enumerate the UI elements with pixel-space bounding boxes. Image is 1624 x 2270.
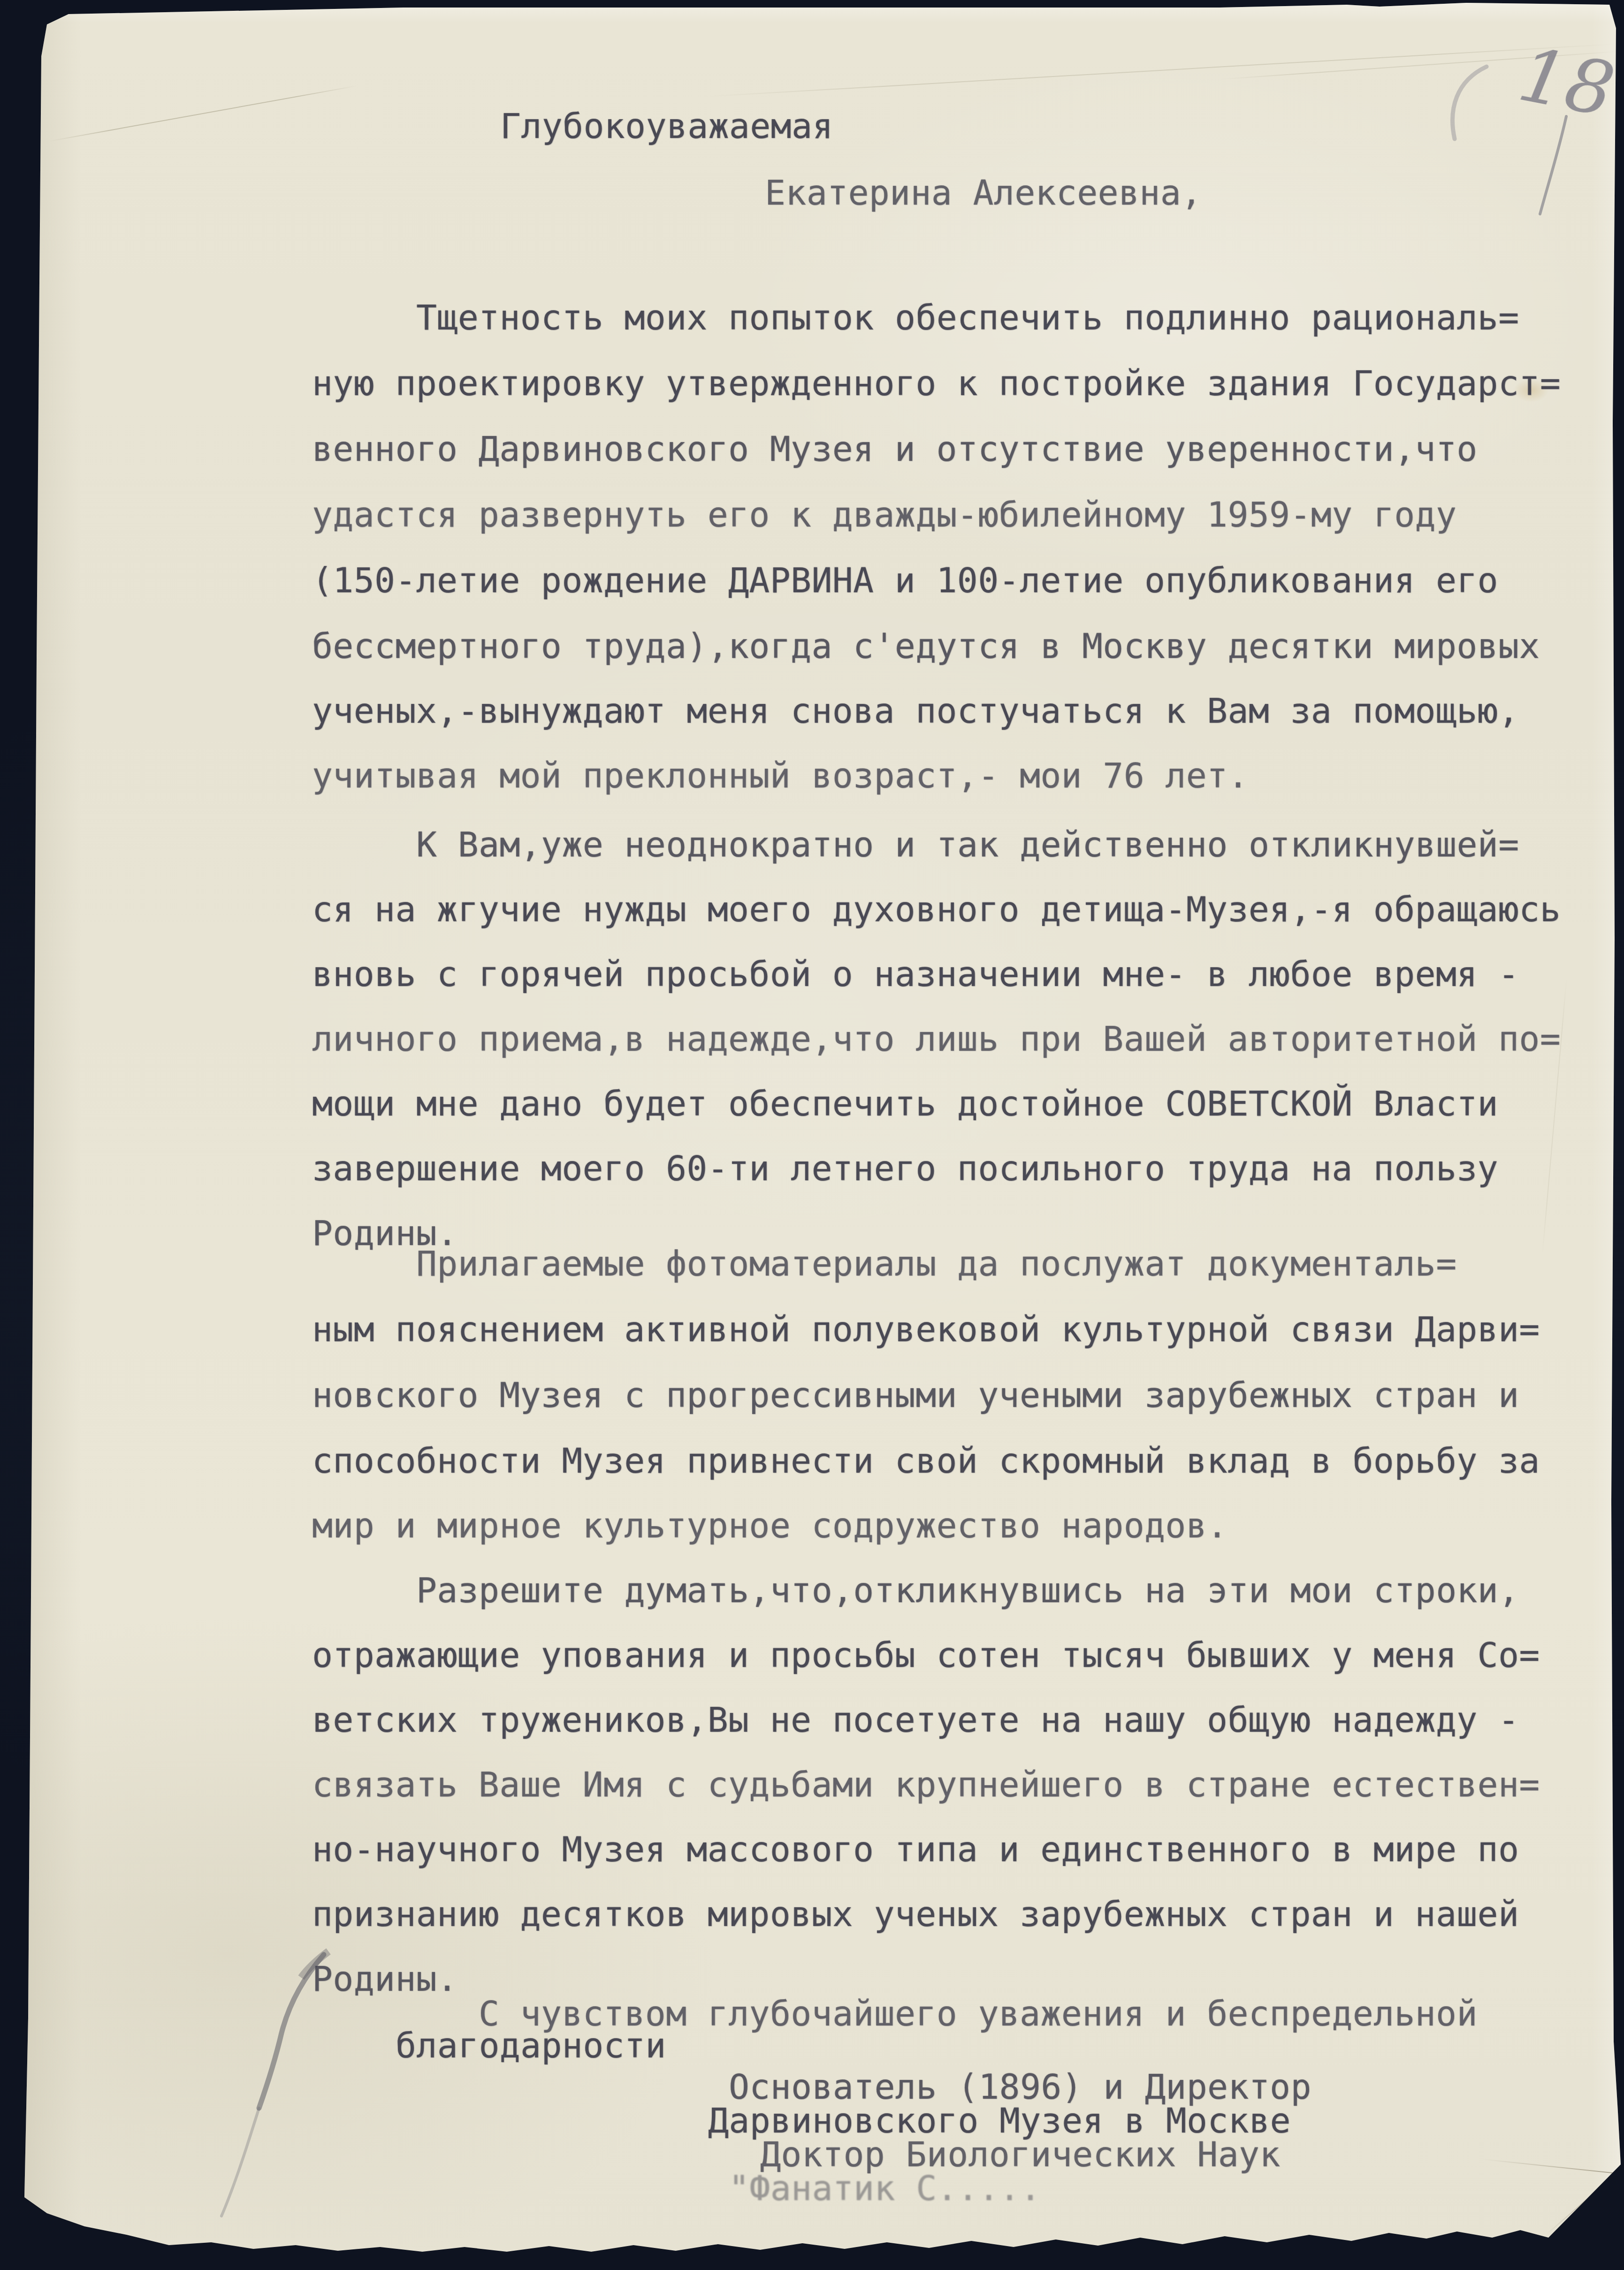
letter-line: мощи мне дано будет обеспечить достойное… [312, 1086, 1498, 1123]
letter-line: (150-летие рождение ДАРВИНА и 100-летие … [312, 563, 1498, 599]
letter-line: личного приема,в надежде,что лишь при Ва… [312, 1022, 1561, 1058]
letter-line: вновь с горячей просьбой о назначении мн… [312, 957, 1519, 993]
crease-mark [1545, 2172, 1618, 2235]
letter-line: связать Ваше Имя с судьбами крупнейшего … [312, 1767, 1540, 1804]
letter-line: завершение моего 60-ти летнего посильног… [312, 1151, 1498, 1187]
crease-mark [1483, 2159, 1620, 2174]
letter-line: ную проектировку утвержденного к построй… [312, 366, 1561, 402]
signature-line: Дарвиновского Музея в Москве [708, 2103, 1291, 2140]
letter-line: но-научного Музея массового типа и единс… [312, 1832, 1519, 1868]
letter-line: признанию десятков мировых ученых зарубе… [312, 1897, 1519, 1933]
letter-line: К Вам,уже неоднократно и так действенно … [416, 827, 1519, 864]
letter-line: Разрешите думать,что,откликнувшись на эт… [416, 1573, 1519, 1609]
crease-mark [704, 44, 1615, 97]
salutation-line: Глубокоуважаемая [500, 109, 833, 145]
letter-line: учитывая мой преклонный возраст,- мои 76… [312, 758, 1249, 795]
photo-background: 18 Глубокоуважаемая Екатерина Алексеевна… [0, 0, 1624, 2270]
letter-line: удастся развернуть его к дважды-юбилейно… [312, 497, 1456, 534]
letter-line: отражающие упования и просьбы сотен тыся… [312, 1638, 1540, 1674]
page-number-annotation: 18 [1512, 31, 1621, 134]
letter-line: Тщетность моих попыток обеспечить подлин… [416, 300, 1519, 336]
letter-line: ся на жгучие нужды моего духовного детищ… [312, 892, 1561, 928]
letter-line: Прилагаемые фотоматериалы да послужат до… [416, 1246, 1457, 1283]
letter-line: мир и мирное культурное содружество наро… [312, 1508, 1228, 1544]
crease-mark [1542, 976, 1567, 1257]
letter-line: ветских тружеников,Вы не посетуете на на… [312, 1703, 1519, 1739]
signature-line: Доктор Биологических Наук [760, 2137, 1281, 2173]
salutation-line: Екатерина Алексеевна, [765, 176, 1202, 212]
letter-line: способности Музея привнести свой скромны… [312, 1444, 1540, 1480]
letter-line: ученых,-вынуждают меня снова постучаться… [312, 694, 1519, 730]
closing-line: благодарности [396, 2028, 666, 2064]
letter-line: Родины. [312, 1962, 457, 1998]
letter-line: венного Дарвиновского Музея и отсутствие… [312, 432, 1478, 468]
signature-line: "Фанатик С..... [729, 2171, 1041, 2207]
crease-mark [49, 85, 357, 142]
letter-line: бессмертного труда),когда с'едутся в Мос… [312, 629, 1540, 665]
letter-line: ным пояснением активной полувековой куль… [312, 1312, 1540, 1348]
signature-line: Основатель (1896) и Директор [729, 2070, 1311, 2106]
letter-line: новского Музея с прогрессивными учеными … [312, 1378, 1519, 1414]
letter-sheet: 18 Глубокоуважаемая Екатерина Алексеевна… [0, 0, 1624, 2270]
